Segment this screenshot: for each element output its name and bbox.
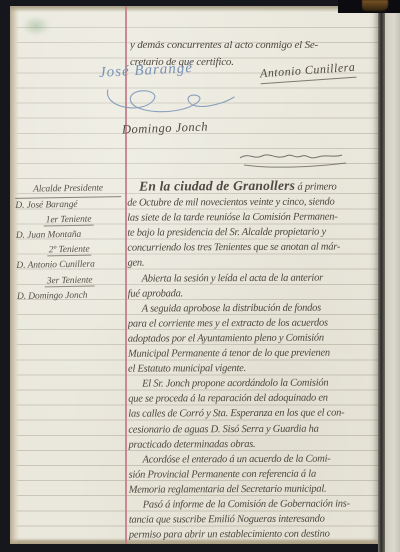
handwritten-line: concurriendo los tres Tenientes que se a… [127,240,379,256]
signature-flourish-icon [100,74,252,122]
handwritten-line: y demás concurrentes al acto conmigo el … [130,37,380,54]
margin-title: Alcalde Presidente [15,181,121,199]
handwritten-line: Pasó á informe de la Comisión de Goberna… [129,496,381,512]
handwritten-line: adoptados por el Ayuntamiento pleno y Co… [128,330,380,346]
handwritten-line: permiso para abrir un establecimiento co… [129,526,381,542]
handwritten-line: A seguida aprobose la distribución de fo… [128,300,380,316]
faint-stamp-icon [22,16,50,36]
book-gutter [378,0,385,552]
page-top-edge [10,6,378,12]
margin-entry: D. Domingo Jonch [17,288,123,305]
act-opening-phrase: En la ciudad de Granollers [139,178,295,194]
signature-domingo-jonch: Domingo Jonch [122,120,208,138]
handwritten-line: de Octubre de mil novecientos veinte y c… [127,194,379,210]
handwritten-line: Memoria reglamentaria del Secretario mun… [129,481,381,497]
handwritten-line: Acordóse el enterado á un acuerdo de la … [128,451,380,467]
paragraph: de Octubre de mil novecientos veinte y c… [127,194,379,271]
handwritten-line: las calles de Corró y Sta. Esperanza en … [128,406,380,422]
handwritten-line: Abierta la sesión y leída el acta de la … [128,270,380,286]
handwritten-line: El Sr. Jonch propone acordándolo la Comi… [128,376,380,392]
scanned-document: { "document_kind": "handwritten municipa… [0,0,400,552]
secretary-signature-rubric-icon [234,146,354,172]
handwritten-line: el Estatuto municipal vigente. [128,360,380,376]
handwritten-line: sión Provincial Permanente con referenci… [129,466,381,482]
handwritten-line: que se proceda á la reparación del adoqu… [128,391,380,407]
paragraph: El Sr. Jonch propone acordándolo la Comi… [128,376,380,453]
next-page-edge [385,0,400,552]
signature-jose-barange: José Barangé [99,57,252,122]
top-right-worn-patch [362,0,388,11]
handwritten-line: Municipal Permanente á tenor de lo que p… [128,345,380,361]
paragraph: Acordóse el enterado á un acuerdo de la … [128,451,380,498]
handwritten-line: para el corriente mes y el extracto de l… [128,315,380,331]
handwritten-line: las siete de la tarde reunióse la Comisi… [127,210,379,226]
handwritten-line: cesionario de aguas D. Sisó Serra y Guar… [128,421,380,437]
margin-attendee-list: Alcalde Presidente D. José Barangé 1er T… [15,181,123,305]
handwritten-line: tancia que suscribe Emilió Nogueras inte… [129,511,381,527]
handwritten-line: gen. [127,255,379,271]
act-opening-rest: á primero [297,182,336,193]
act-opening-line: En la ciudad de Granollers á primero [127,177,379,195]
signature-name: Domingo Jonch [122,120,208,138]
handwritten-line: te bajo la presidencia del Sr. Alcalde p… [127,225,379,241]
manuscript-page: y demás concurrentes al acto conmigo el … [10,6,378,544]
paragraph: A seguida aprobose la distribución de fo… [128,300,380,377]
paragraph: Abierta la sesión y leída el acta de la … [128,270,380,302]
paragraph: Pasó á informe de la Comisión de Goberna… [129,496,381,543]
handwritten-line: practicado determinadas obras. [128,436,380,452]
act-body-text: En la ciudad de Granollers á primero de … [127,177,381,543]
handwritten-line: fué aprobada. [128,285,380,301]
